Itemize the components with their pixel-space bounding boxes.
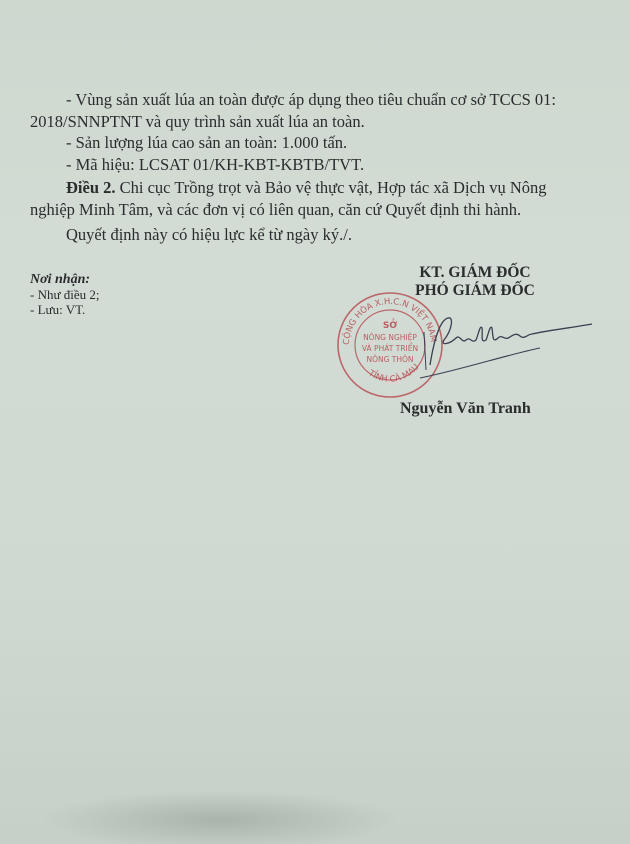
- paragraph-production-area-2: 2018/SNNPTNT và quy trình sản xuất lúa a…: [30, 112, 365, 131]
- recipients-block: Nơi nhận: - Như điều 2; - Lưu: VT.: [30, 272, 100, 317]
- paragraph-article-2-1: Điều 2. Chi cục Trồng trọt và Bảo vệ thự…: [66, 178, 547, 197]
- signer-title-1: KT. GIÁM ĐỐC: [380, 264, 570, 282]
- article-2-label: Điều 2.: [66, 178, 116, 197]
- page-shadow: [40, 790, 400, 844]
- article-2-text: Chi cục Trồng trọt và Bảo vệ thực vật, H…: [116, 178, 547, 197]
- stamp-outer-bottom: TỈNH CÀ MAU: [366, 362, 422, 384]
- paragraph-article-2-2: nghiệp Minh Tâm, và các đơn vị có liên q…: [30, 200, 521, 219]
- paragraph-effective: Quyết định này có hiệu lực kể từ ngày ký…: [66, 225, 352, 244]
- stamp-line: SỞ: [383, 318, 397, 331]
- recipient-item: - Như điều 2;: [30, 287, 100, 302]
- paragraph-production-area-1: - Vùng sản xuất lúa an toàn được áp dụng…: [66, 90, 556, 109]
- recipients-title: Nơi nhận:: [30, 272, 100, 287]
- paragraph-code: - Mã hiệu: LCSAT 01/KH-KBT-KBTB/TVT.: [66, 155, 364, 174]
- svg-text:TỈNH CÀ MAU: TỈNH CÀ MAU: [366, 362, 422, 384]
- stamp-line: VÀ PHÁT TRIỂN: [362, 343, 418, 353]
- stamp-line: NÔNG THÔN: [366, 355, 413, 364]
- recipient-item: - Lưu: VT.: [30, 302, 100, 317]
- paragraph-output: - Sản lượng lúa cao sản an toàn: 1.000 t…: [66, 133, 347, 152]
- stamp-line: NÔNG NGHIỆP: [363, 333, 417, 342]
- signer-name: Nguyễn Văn Tranh: [400, 400, 531, 418]
- handwritten-signature: [420, 310, 600, 380]
